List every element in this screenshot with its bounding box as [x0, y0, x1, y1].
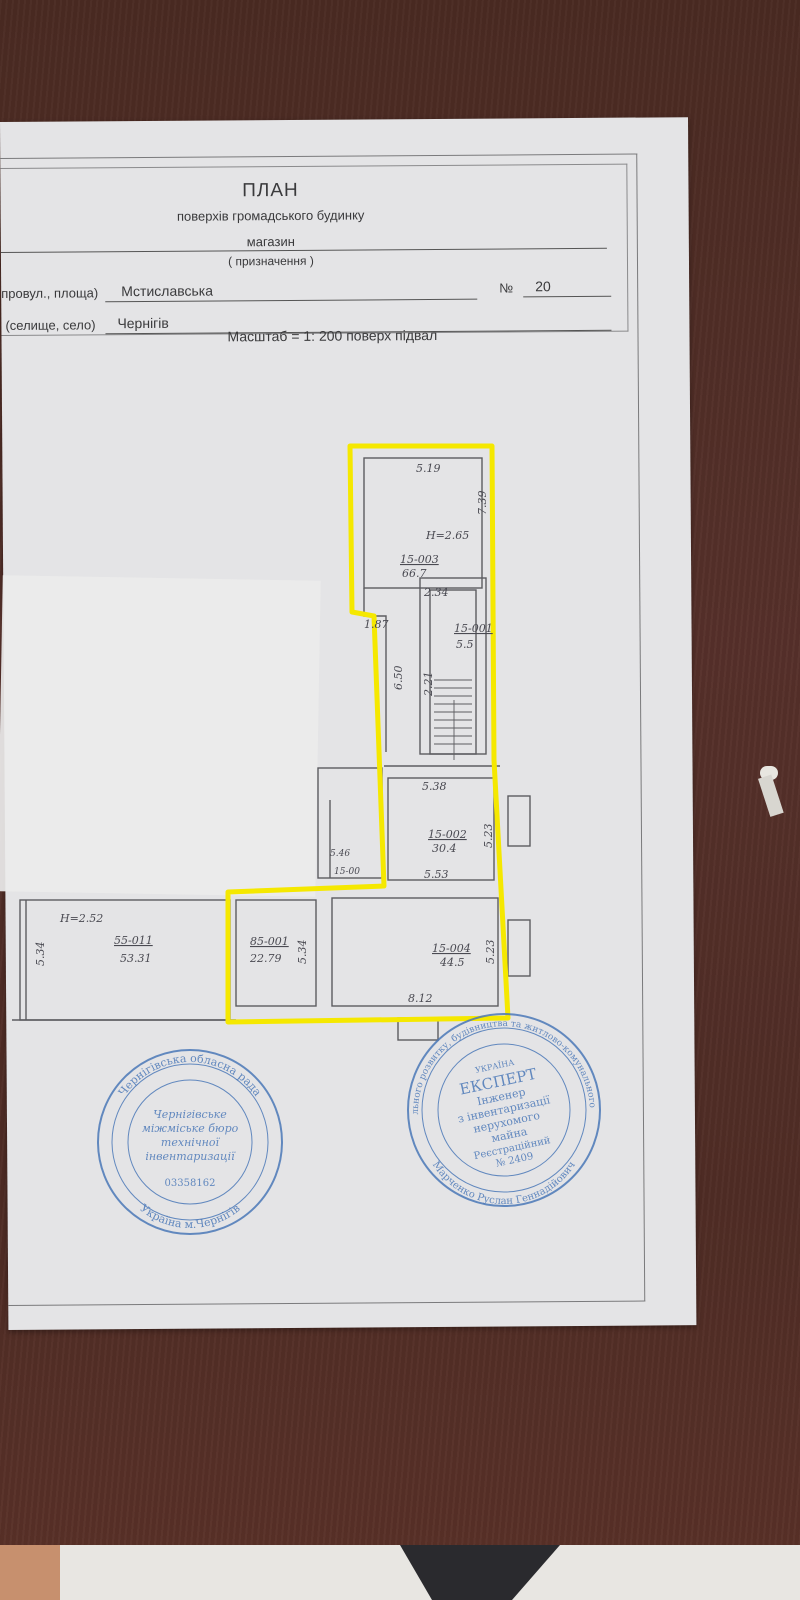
number-label: №	[499, 280, 513, 295]
scale-line: Масштаб = 1: 200 поверх підвал	[227, 327, 437, 344]
number-value: 20	[535, 278, 551, 294]
street-value: Мстиславська	[121, 283, 213, 300]
settlement-label: (селище, село)	[5, 317, 95, 333]
floor-tile	[0, 1545, 60, 1600]
street-label: провул., площа)	[1, 285, 98, 301]
receipt-paper	[0, 575, 321, 897]
settlement-value: Чернігів	[117, 315, 169, 331]
plan-title: ПЛАН	[0, 178, 540, 204]
eraser-icon	[754, 760, 784, 820]
